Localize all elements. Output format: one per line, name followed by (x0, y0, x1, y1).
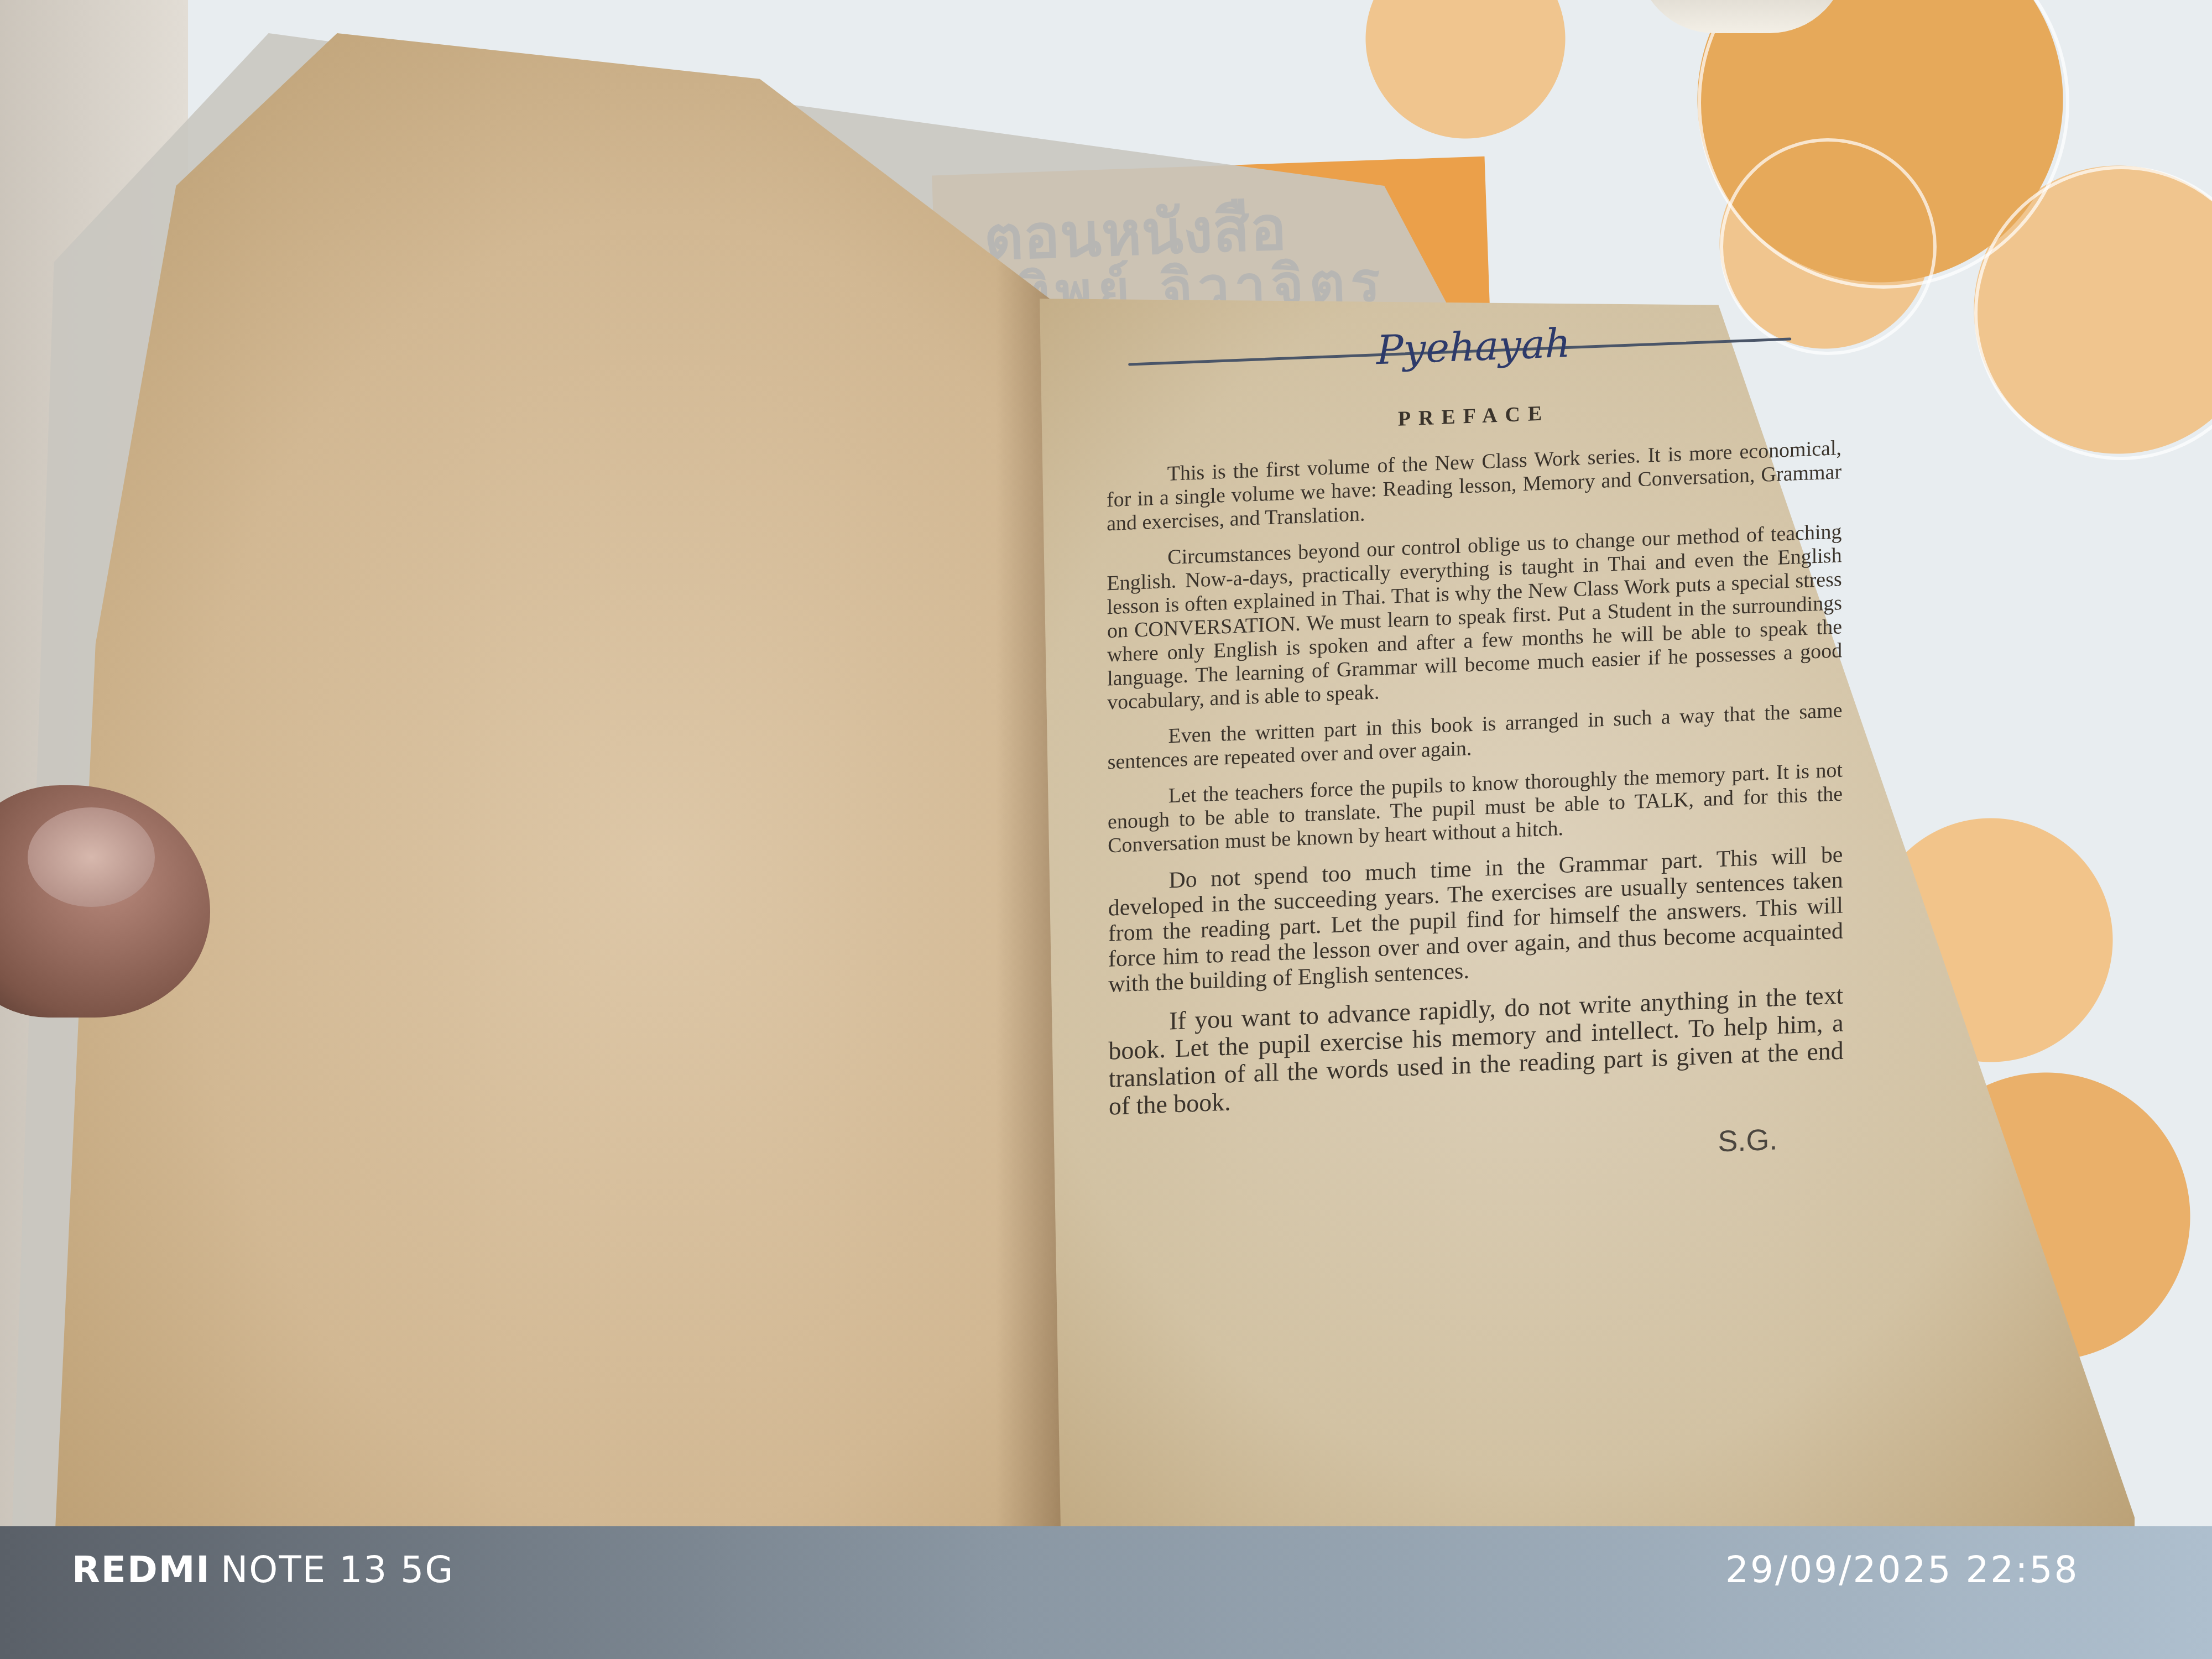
watermark-model: NOTE 13 5G (221, 1548, 454, 1591)
paragraph: Let the teachers force the pupils to kno… (1108, 758, 1843, 858)
book-bottom-edge (0, 1526, 2212, 1659)
paragraph: Circumstances beyond our control oblige … (1107, 520, 1842, 714)
signature-text: Pyehayah (1365, 319, 1582, 374)
camera-watermark: REDMINOTE 13 5G (72, 1548, 454, 1591)
paragraph: This is the first volume of the New Clas… (1107, 436, 1841, 536)
paragraph: If you want to advance rapidly, do not w… (1108, 982, 1844, 1120)
paragraph: Do not spend too much time in the Gramma… (1108, 842, 1843, 998)
preface-page-content: Pyehayah PREFACE This is the first volum… (1106, 309, 1844, 1182)
watermark-brand: REDMI (72, 1548, 211, 1591)
left-page[interactable] (55, 33, 1062, 1559)
watermark-datetime: 29/09/2025 22:58 (1725, 1548, 2079, 1591)
thumbnail (28, 807, 155, 907)
